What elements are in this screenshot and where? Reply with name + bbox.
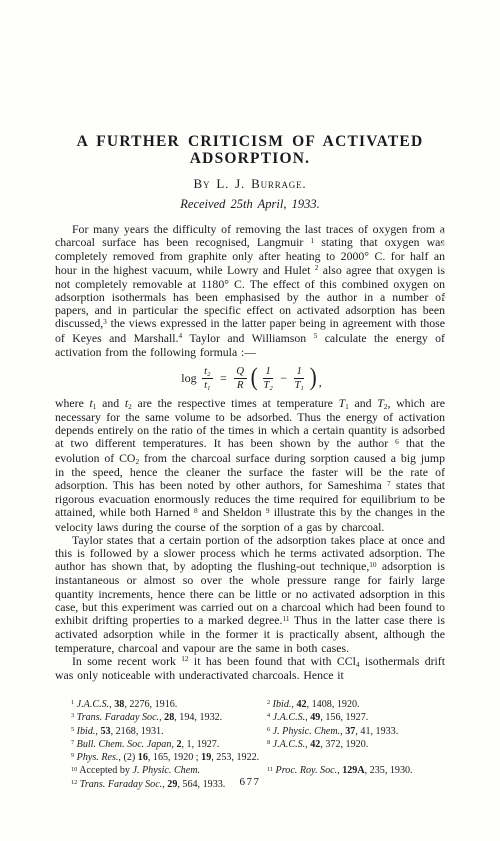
numerator: t2 xyxy=(202,365,213,379)
scan-artifact xyxy=(440,243,445,246)
paragraph-intro: For many years the difficulty of removin… xyxy=(55,223,445,359)
activation-energy-formula: log t2 t1 = Q R ( 1 T2 − 1 T1 ) , xyxy=(55,365,445,392)
paragraph-recent-work: In some recent work 12 it has been found… xyxy=(55,655,445,682)
denominator: T2 xyxy=(261,379,275,392)
footnote: 5 Ibid., 53, 2168, 1931. xyxy=(55,726,267,739)
footnote: 4 J.A.C.S., 49, 156, 1927. xyxy=(267,712,447,725)
footnote: 7 Bull. Chem. Soc. Japan, 2, 1, 1927. xyxy=(55,739,267,752)
scan-artifact xyxy=(441,232,445,234)
journal-page: A FURTHER CRITICISM OF ACTIVATED ADSORPT… xyxy=(0,0,500,841)
fraction-1-over-t2: 1 T2 xyxy=(261,365,275,392)
numerator: Q xyxy=(234,365,247,379)
author-byline: By L. J. Burrage. xyxy=(0,176,500,192)
scan-artifact xyxy=(442,296,446,298)
footnote: 2 Ibid., 42, 1408, 1920. xyxy=(267,699,447,712)
page-number: 677 xyxy=(0,776,500,788)
footnote: 9 Phys. Res., (2) 16, 165, 1920 ; 19, 25… xyxy=(55,752,447,765)
paragraph-taylor: Taylor states that a certain portion of … xyxy=(55,534,445,655)
scan-artifact xyxy=(441,268,444,270)
fraction-t2-over-t1: t2 t1 xyxy=(202,365,213,392)
log-operator: log xyxy=(181,372,196,385)
footnote: 3 Trans. Faraday Soc., 28, 194, 1932. xyxy=(55,712,267,725)
footnote: 1 J.A.C.S., 38, 2276, 1916. xyxy=(55,699,267,712)
formula-comma: , xyxy=(319,376,322,392)
article-body: For many years the difficulty of removin… xyxy=(55,223,445,682)
denominator: R xyxy=(234,379,246,392)
footnote: 8 J.A.C.S., 42, 372, 1920. xyxy=(267,739,447,752)
right-parenthesis: ) xyxy=(310,367,317,390)
left-parenthesis: ( xyxy=(250,367,257,390)
received-date: Received 25th April, 1933. xyxy=(0,197,500,212)
numerator: 1 xyxy=(294,365,304,379)
fraction-q-over-r: Q R xyxy=(234,365,247,392)
numerator: 1 xyxy=(263,365,273,379)
footnote: 6 J. Physic. Chem., 37, 41, 1933. xyxy=(267,726,447,739)
minus-sign: − xyxy=(280,372,287,385)
paragraph-where: where t1 and t2 are the respective times… xyxy=(55,397,445,534)
denominator: T1 xyxy=(292,379,306,392)
page-title: A FURTHER CRITICISM OF ACTIVATED ADSORPT… xyxy=(70,134,430,167)
denominator: t1 xyxy=(202,379,213,392)
equals-sign: = xyxy=(220,372,227,385)
fraction-1-over-t1: 1 T1 xyxy=(292,365,306,392)
